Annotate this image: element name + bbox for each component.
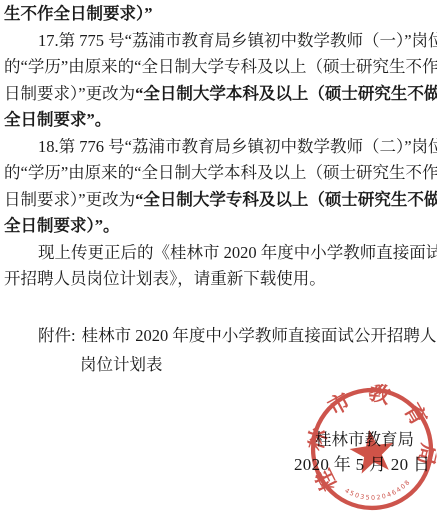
bold-text-segment: “全日制大学专科及以上（硕士研究生不做	[135, 190, 437, 209]
text-line: 日制要求）”更改为“全日制大学专科及以上（硕士研究生不做	[4, 187, 435, 214]
attachment-block: 附件:桂林市 2020 年度中小学教师直接面试公开招聘人员 岗位计划表	[38, 322, 433, 379]
text-segment: 17.第 775 号“荔浦市教育局乡镇初中数学教师（一）”岗位中	[38, 31, 437, 50]
seal-code-number: 4503502046408	[343, 478, 415, 506]
attachment-label: 附件:	[38, 326, 76, 345]
bold-text-segment: “全日制大学本科及以上（硕士研究生不做	[135, 84, 437, 103]
attachment-title-part1: 桂林市 2020 年度中小学教师直接面试公开招聘人员	[82, 326, 437, 345]
official-seal: 桂林市教育局 4503502046408	[301, 378, 437, 516]
text-line: 现上传更正后的《桂林市 2020 年度中小学教师直接面试公	[4, 240, 435, 267]
text-segment: 日制要求）”更改为	[4, 84, 135, 103]
bold-text-segment: 生不作全日制要求）”	[4, 4, 153, 23]
text-line: 开招聘人员岗位计划表》，请重新下载使用。	[4, 266, 435, 293]
text-segment: 的“学历”由原来的“全日制大学本科及以上（硕士研究生不作全	[4, 163, 437, 182]
text-line: 的“学历”由原来的“全日制大学本科及以上（硕士研究生不作全	[4, 160, 435, 187]
text-line: 生不作全日制要求）”	[4, 1, 435, 28]
text-segment: 日制要求）”更改为	[4, 190, 135, 209]
text-segment: 的“学历”由原来的“全日制大学专科及以上（硕士研究生不作全	[4, 57, 437, 76]
attachment-line1: 附件:桂林市 2020 年度中小学教师直接面试公开招聘人员	[38, 322, 433, 351]
document-body: 生不作全日制要求）”17.第 775 号“荔浦市教育局乡镇初中数学教师（一）”岗…	[4, 1, 435, 293]
text-line: 的“学历”由原来的“全日制大学专科及以上（硕士研究生不作全	[4, 54, 435, 81]
text-line: 日制要求）”更改为“全日制大学本科及以上（硕士研究生不做	[4, 81, 435, 108]
text-segment: 开招聘人员岗位计划表》，请重新下载使用。	[4, 269, 326, 288]
seal-star-icon	[347, 427, 397, 475]
text-segment: 18.第 776 号“荔浦市教育局乡镇初中数学教师（二）”岗位中	[38, 137, 437, 156]
bold-text-segment: 全日制要求”。	[4, 110, 111, 129]
text-segment: 现上传更正后的《桂林市 2020 年度中小学教师直接面试公	[38, 243, 437, 262]
text-line: 全日制要求”。	[4, 107, 435, 134]
attachment-title-part2: 岗位计划表	[38, 351, 433, 380]
text-line: 18.第 776 号“荔浦市教育局乡镇初中数学教师（二）”岗位中	[4, 134, 435, 161]
bold-text-segment: 全日制要求）”。	[4, 216, 120, 235]
text-line: 17.第 775 号“荔浦市教育局乡镇初中数学教师（一）”岗位中	[4, 28, 435, 55]
svg-text:4503502046408: 4503502046408	[343, 478, 415, 506]
document-page: 生不作全日制要求）”17.第 775 号“荔浦市教育局乡镇初中数学教师（一）”岗…	[0, 0, 437, 516]
text-line: 全日制要求）”。	[4, 213, 435, 240]
